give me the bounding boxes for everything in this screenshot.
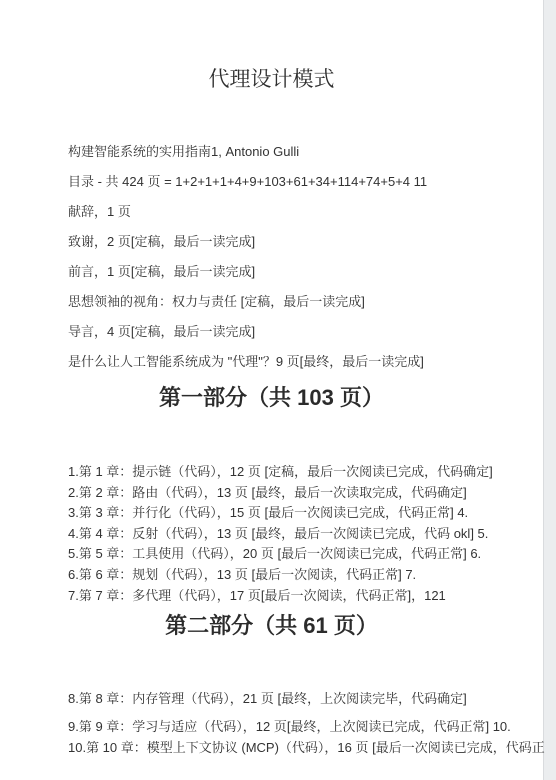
chapter-line-10: 10.第 10 章：模型上下文协议 (MCP)（代码），16 页 [最后一次阅读…: [68, 738, 556, 759]
part2-chapter-list: 9.第 9 章：学习与适应（代码），12 页[最终，上次阅读已完成，代码正常] …: [68, 717, 556, 758]
chapter-line-6: 6.第 6 章：规划（代码），13 页 [最后一次阅读，代码正常] 7.: [68, 565, 493, 586]
document-title: 代理设计模式: [0, 65, 543, 95]
intro-line-toc-total: 目录 - 共 424 页 = 1+2+1+1+4+9+103+61+34+114…: [68, 173, 427, 191]
part1-heading: 第一部分（共 103 页）: [0, 382, 543, 414]
intro-line-thought-leader: 思想领袖的视角：权力与责任 [定稿，最后一读完成]: [68, 293, 365, 311]
part2-heading: 第二部分（共 61 页）: [0, 610, 543, 642]
chapter-line-1: 1.第 1 章：提示链（代码），12 页 [定稿，最后一次阅读已完成，代码确定]: [68, 462, 493, 483]
intro-line-what-makes-agent: 是什么让人工智能系统成为 "代理"？9 页[最终，最后一读完成]: [68, 353, 424, 371]
intro-line-acknowledgements: 致谢，2 页[定稿，最后一读完成]: [68, 233, 255, 251]
intro-line-foreword: 前言，1 页[定稿，最后一读完成]: [68, 263, 255, 281]
part1-chapter-list: 1.第 1 章：提示链（代码），12 页 [定稿，最后一次阅读已完成，代码确定]…: [68, 462, 493, 606]
document-viewer: 代理设计模式 构建智能系统的实用指南1, Antonio Gulli 目录 - …: [0, 0, 556, 780]
chapter-line-4: 4.第 4 章：反射（代码），13 页 [最终，最后一次阅读已完成，代码 okl…: [68, 524, 493, 545]
intro-line-subtitle: 构建智能系统的实用指南1, Antonio Gulli: [68, 143, 299, 161]
intro-line-dedication: 献辞，1 页: [68, 203, 131, 221]
chapter-line-5: 5.第 5 章：工具使用（代码），20 页 [最后一次阅读已完成，代码正常] 6…: [68, 544, 493, 565]
document-page: 代理设计模式 构建智能系统的实用指南1, Antonio Gulli 目录 - …: [0, 0, 544, 780]
chapter-line-9: 9.第 9 章：学习与适应（代码），12 页[最终，上次阅读已完成，代码正常] …: [68, 717, 556, 738]
chapter-line-2: 2.第 2 章：路由（代码），13 页 [最终，最后一次读取完成，代码确定]: [68, 483, 493, 504]
page-right-gutter: [545, 0, 556, 780]
chapter-line-3: 3.第 3 章：并行化（代码），15 页 [最后一次阅读已完成，代码正常] 4.: [68, 503, 493, 524]
chapter-line-7: 7.第 7 章：多代理（代码），17 页[最后一次阅读，代码正常]，121: [68, 586, 493, 607]
chapter-line-8: 8.第 8 章：内存管理（代码），21 页 [最终，上次阅读完毕，代码确定]: [68, 690, 467, 708]
intro-line-introduction: 导言，4 页[定稿，最后一读完成]: [68, 323, 255, 341]
